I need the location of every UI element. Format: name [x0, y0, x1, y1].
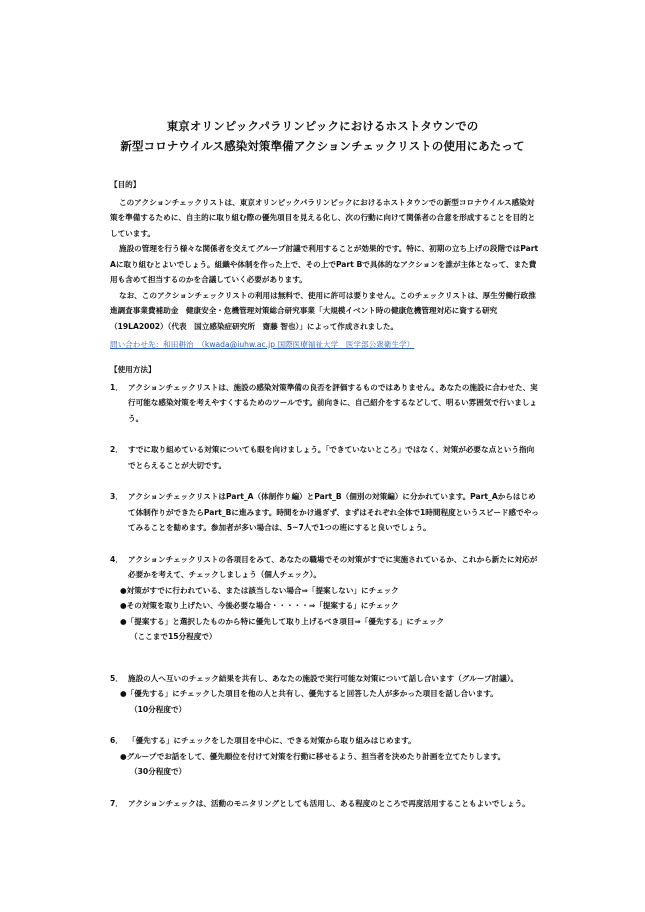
purpose-section: 【目的】 このアクションチェックリストは、東京オリンピックパラリンピックにおける… [110, 177, 540, 353]
usage-item-4: 4． アクションチェックリストの各項目をみて、あなたの職場でその対策がすでに実施… [110, 552, 540, 645]
purpose-paragraph-2: 施設の管理を行う様々な関係者を交えてグループ討議で利用することが効果的です。特に… [110, 241, 540, 288]
time-note: （ここまで15分程度で） [110, 629, 540, 645]
usage-item-5: 5． 施設の人へ互いのチェック結果を共有し、あなたの施設で実行可能な対策について… [110, 671, 540, 718]
bullet-point: ●「提案する」と選択したものから特に優先して取り上げるべき項目⇒「優先する」にチ… [110, 614, 540, 630]
document-title-line2: 新型コロナウイルス感染対策準備アクションチェックリストの使用にあたって [0, 138, 645, 154]
item-number: 1． [110, 380, 123, 396]
usage-item-7: 7． アクションチェックは、活動のモニタリングとしても活用し、ある程度のところで… [110, 796, 540, 812]
item-text: アクションチェックリストの各項目をみて、あなたの職場でその対策がすでに実施されて… [110, 552, 540, 583]
item-number: 7． [110, 796, 123, 812]
usage-heading: 【使用方法】 [110, 362, 540, 378]
item-number: 6． [110, 733, 123, 749]
bullet-point: ●対策がすでに行われている、または該当しない場合⇒「提案しない」にチェック [110, 583, 540, 599]
item-text: アクションチェックリストはPart_A（体制作り編）とPart_B（個別の対策編… [110, 489, 540, 536]
bullet-point: ●その対策を取り上げたい、今後必要な場合・・・・・⇒「提案する」にチェック [110, 598, 540, 614]
time-note: （10分程度で） [110, 702, 540, 718]
usage-item-6: 6． 「優先する」にチェックをした項目を中心に、できる対策から取り組みはじめます… [110, 733, 540, 780]
document-page: 東京オリンピックパラリンピックにおけるホストタウンでの 新型コロナウイルス感染対… [0, 0, 645, 912]
document-title-line1: 東京オリンピックパラリンピックにおけるホストタウンでの [0, 118, 645, 134]
usage-item-2: 2． すでに取り組めている対策についても眼を向けましょう。「できていないところ」… [110, 442, 540, 473]
item-text: 「優先する」にチェックをした項目を中心に、できる対策から取り組みはじめます。 [110, 733, 540, 749]
item-number: 2． [110, 442, 123, 458]
item-text: アクションチェックリストは、施設の感染対策準備の良否を評価するものではありません… [110, 380, 540, 427]
contact-link[interactable]: 問い合わせ先：和田耕治 （kwada@iuhw.ac.jp 国際医療福祉大学 医… [110, 337, 414, 353]
purpose-paragraph-1: このアクションチェックリストは、東京オリンピックパラリンピックにおけるホストタウ… [110, 195, 540, 242]
purpose-paragraph-3: なお、このアクションチェックリストの利用は無料で、使用に許可は要りません。このチ… [110, 288, 540, 335]
bullet-point: ●「優先する」にチェックした項目を他の人と共有し、優先すると回答した人が多かった… [110, 686, 540, 702]
usage-item-3: 3． アクションチェックリストはPart_A（体制作り編）とPart_B（個別の… [110, 489, 540, 536]
item-number: 5． [110, 671, 123, 687]
item-text: 施設の人へ互いのチェック結果を共有し、あなたの施設で実行可能な対策について話し合… [110, 671, 540, 687]
purpose-heading: 【目的】 [110, 177, 540, 193]
time-note: （30分程度で） [110, 764, 540, 780]
usage-item-1: 1． アクションチェックリストは、施設の感染対策準備の良否を評価するものではあり… [110, 380, 540, 427]
usage-section: 【使用方法】 1． アクションチェックリストは、施設の感染対策準備の良否を評価す… [110, 362, 540, 811]
item-number: 4． [110, 552, 123, 568]
item-text: アクションチェックは、活動のモニタリングとしても活用し、ある程度のところで再度活… [110, 796, 540, 812]
item-number: 3． [110, 489, 123, 505]
item-text: すでに取り組めている対策についても眼を向けましょう。「できていないところ」ではな… [110, 442, 540, 473]
bullet-point: ●グループでお話をして、優先順位を付けて対策を行動に移せるよう、担当者を決めたり… [110, 749, 540, 765]
